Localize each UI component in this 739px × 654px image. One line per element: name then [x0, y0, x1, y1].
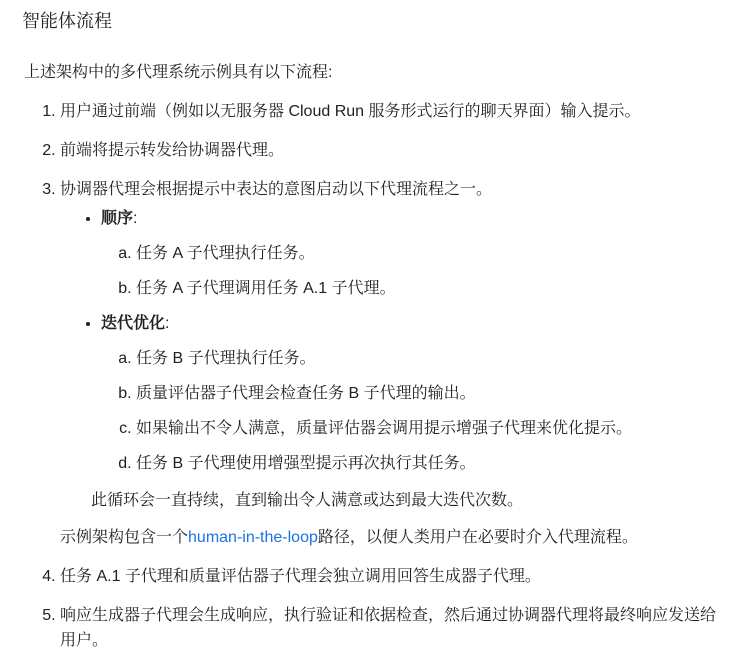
branch-iterative-steps: 任务 B 子代理执行任务。 质量评估器子代理会检查任务 B 子代理的输出。 如果… [101, 346, 721, 476]
hitl-note-prefix: 示例架构包含一个 [60, 529, 188, 546]
page-title: 智能体流程 [22, 10, 721, 32]
flow-step-3-text: 协调器代理会根据提示中表达的意图启动以下代理流程之一。 [60, 181, 492, 198]
sequential-step-a: 任务 A 子代理执行任务。 [136, 241, 721, 266]
branch-sequential: 顺序: 任务 A 子代理执行任务。 任务 A 子代理调用任务 A.1 子代理。 [101, 206, 721, 301]
branch-sequential-colon: : [133, 210, 137, 227]
flow-step-4-text: 任务 A.1 子代理和质量评估器子代理会独立调用回答生成器子代理。 [60, 568, 541, 585]
iterative-step-c: 如果输出不令人满意，质量评估器会调用提示增强子代理来优化提示。 [136, 416, 721, 441]
iterative-step-b: 质量评估器子代理会检查任务 B 子代理的输出。 [136, 381, 721, 406]
iterative-step-a-text: 任务 B 子代理执行任务。 [136, 350, 316, 367]
branch-iterative-label: 迭代优化 [101, 315, 165, 332]
iterative-step-d-text: 任务 B 子代理使用增强型提示再次执行其任务。 [136, 455, 476, 472]
branch-iterative-colon: : [165, 315, 169, 332]
iterative-step-c-text: 如果输出不令人满意，质量评估器会调用提示增强子代理来优化提示。 [136, 420, 632, 437]
hitl-note: 示例架构包含一个human-in-the-loop路径，以便人类用户在必要时介入… [60, 525, 721, 550]
branch-iterative: 迭代优化: 任务 B 子代理执行任务。 质量评估器子代理会检查任务 B 子代理的… [101, 311, 721, 476]
iterative-step-b-text: 质量评估器子代理会检查任务 B 子代理的输出。 [136, 385, 476, 402]
sequential-step-a-text: 任务 A 子代理执行任务。 [136, 245, 315, 262]
intro-paragraph: 上述架构中的多代理系统示例具有以下流程: [24, 60, 721, 85]
flow-step-1: 用户通过前端（例如以无服务器 Cloud Run 服务形式运行的聊天界面）输入提… [60, 99, 721, 124]
flow-step-4: 任务 A.1 子代理和质量评估器子代理会独立调用回答生成器子代理。 [60, 564, 721, 589]
flow-step-5-text: 响应生成器子代理会生成响应，执行验证和依据检查，然后通过协调器代理将最终响应发送… [60, 607, 716, 649]
flow-step-1-text: 用户通过前端（例如以无服务器 Cloud Run 服务形式运行的聊天界面）输入提… [60, 103, 641, 120]
branch-list: 顺序: 任务 A 子代理执行任务。 任务 A 子代理调用任务 A.1 子代理。 … [60, 206, 721, 476]
flow-step-2: 前端将提示转发给协调器代理。 [60, 138, 721, 163]
loop-note: 此循环会一直持续，直到输出令人满意或达到最大迭代次数。 [91, 488, 721, 513]
branch-sequential-label: 顺序 [101, 210, 133, 227]
flow-step-3: 协调器代理会根据提示中表达的意图启动以下代理流程之一。 顺序: 任务 A 子代理… [60, 177, 721, 550]
hitl-link[interactable]: human-in-the-loop [188, 529, 318, 546]
sequential-step-b: 任务 A 子代理调用任务 A.1 子代理。 [136, 276, 721, 301]
branch-sequential-steps: 任务 A 子代理执行任务。 任务 A 子代理调用任务 A.1 子代理。 [101, 241, 721, 301]
flow-step-list: 用户通过前端（例如以无服务器 Cloud Run 服务形式运行的聊天界面）输入提… [22, 99, 721, 653]
flow-step-2-text: 前端将提示转发给协调器代理。 [60, 142, 284, 159]
iterative-step-a: 任务 B 子代理执行任务。 [136, 346, 721, 371]
sequential-step-b-text: 任务 A 子代理调用任务 A.1 子代理。 [136, 280, 396, 297]
hitl-note-suffix: 路径，以便人类用户在必要时介入代理流程。 [318, 529, 638, 546]
iterative-step-d: 任务 B 子代理使用增强型提示再次执行其任务。 [136, 451, 721, 476]
document-page: { "page": { "title": "智能体流程", "intro": "… [0, 0, 739, 654]
flow-step-5: 响应生成器子代理会生成响应，执行验证和依据检查，然后通过协调器代理将最终响应发送… [60, 603, 721, 653]
